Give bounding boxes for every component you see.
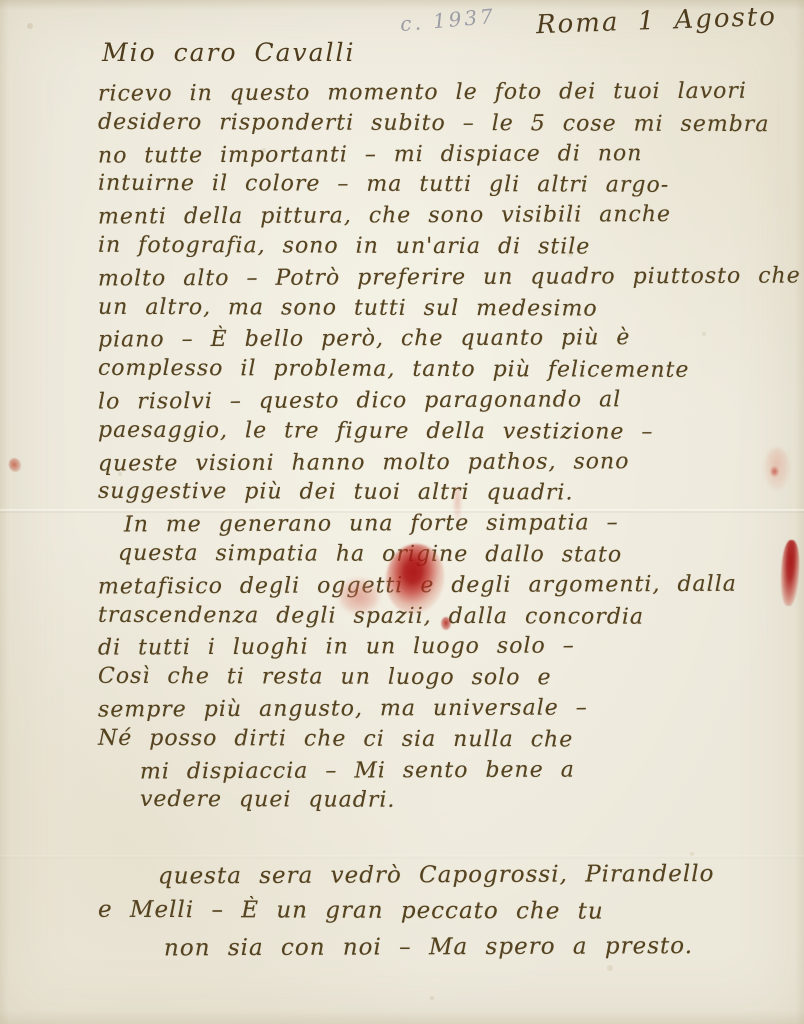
letter-line: questa simpatia ha origine dallo stato [118,539,800,572]
letter-scan: c. 1937 Roma 1 Agosto Mio caro Cavalli r… [0,0,804,1024]
letter-line: sempre più angusto, ma universale – [98,692,800,726]
paragraph: ricevo in questo momento le foto dei tuo… [98,78,800,817]
letter-line: paesaggio, le tre figure della vestizion… [98,416,800,449]
red-ink-faint-streak [453,486,462,522]
letter-line: in fotografia, sono in un'aria di stile [98,231,800,264]
letter-line: metafisico degli oggetti e degli argomen… [98,569,800,603]
handwritten-dateline: Roma 1 Agosto [536,2,778,40]
red-ink-mark-left-edge [7,456,23,473]
letter-body: ricevo in questo momento le foto dei tuo… [98,78,800,965]
letter-line: queste visioni hanno molto pathos, sono [98,446,800,480]
red-ink-dot-right [770,466,779,477]
letter-line: vedere quei quadri. [140,785,800,818]
letter-line: desidero risponderti subito – le 5 cose … [98,108,800,141]
letter-line: ricevo in questo momento le foto dei tuo… [98,76,800,110]
letter-line: intuirne il colore – ma tutti gli altri … [98,169,800,202]
letter-line: questa sera vedrò Capogrossi, Pirandello [158,856,800,895]
letter-line: no tutte importanti – mi dispiace di non [98,138,800,172]
red-ink-dot [441,617,451,630]
letter-line: piano – È bello però, che quanto più è [98,323,800,357]
red-ink-smudge [338,578,380,614]
letter-line: di tutti i luoghi in un luogo solo – [98,631,800,665]
paragraph: questa sera vedrò Capogrossi, Pirandello… [98,857,800,965]
letter-line: molto alto – Potrò preferire un quadro p… [98,261,800,295]
salutation: Mio caro Cavalli [102,38,356,67]
letter-line: non sia con noi – Ma spero a presto. [164,928,800,967]
letter-line: mi dispiaccia – Mi sento bene a [140,754,800,788]
letter-line: suggestive più dei tuoi altri quadri. [98,477,800,510]
letter-line: e Melli – È un gran peccato che tu [98,892,800,930]
paper-foxing-specks [0,0,4,4]
letter-line: Né posso dirti che ci sia nulla che [98,724,800,757]
letter-line: menti della pittura, che sono visibili a… [98,200,800,234]
letter-line: complesso il problema, tanto più felicem… [98,354,800,387]
letter-line: In me generano una forte simpatia – [124,508,800,542]
pencil-date-annotation: c. 1937 [399,4,497,36]
letter-line: lo risolvi – questo dico paragonando al [98,384,800,418]
letter-line: Così che ti resta un luogo solo e [98,662,800,695]
letter-line: un altro, ma sono tutti sul medesimo [98,292,800,325]
